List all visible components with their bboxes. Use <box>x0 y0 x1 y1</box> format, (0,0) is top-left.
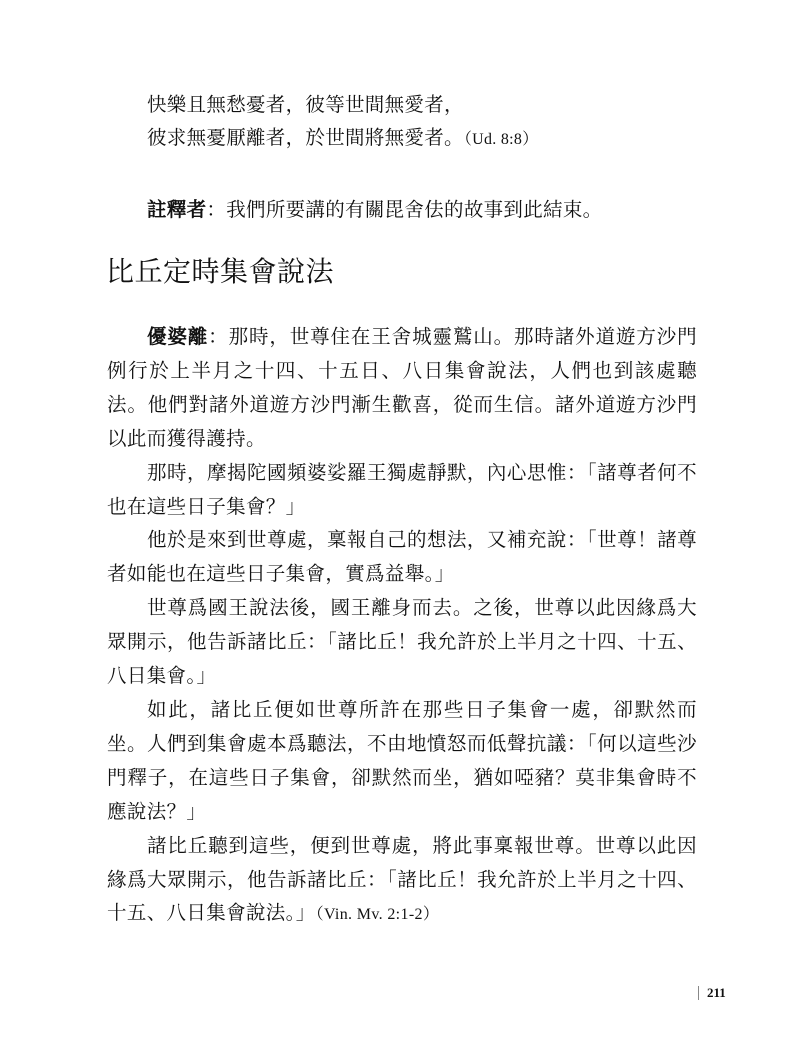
verse-reference: （Ud. 8:8） <box>464 131 539 148</box>
page-number-divider <box>698 986 699 1000</box>
note-text: 我們所要講的有關毘舍佉的故事到此結束。 <box>226 198 602 221</box>
page-footer: 211 <box>698 985 726 1001</box>
note-separator: ： <box>206 198 226 221</box>
document-page: 快樂且無愁憂者，彼等世間無愛者， 彼求無憂厭離者，於世間將無愛者。（Ud. 8:… <box>0 0 792 1056</box>
paragraph-separator: ： <box>208 325 228 348</box>
paragraph-text: 那時，摩揭陀國頻婆娑羅王獨處靜默，內心思惟：「諸尊者何不也在這些日子集會？」 <box>107 461 697 518</box>
paragraph: 如此，諸比丘便如世尊所許在那些日子集會一處，卻默然而坐。人們到集會處本爲聽法，不… <box>107 693 697 829</box>
paragraph-text: 他於是來到世尊處，稟報自己的想法，又補充說：「世尊！諸尊者如能也在這些日子集會，… <box>107 528 697 585</box>
verse-line-text: 彼求無憂厭離者，於世間將無愛者。 <box>147 126 464 149</box>
verse-block: 快樂且無愁憂者，彼等世間無愛者， 彼求無憂厭離者，於世間將無愛者。（Ud. 8:… <box>147 88 539 156</box>
verse-line-text: 快樂且無愁憂者，彼等世間無愛者， <box>147 93 464 116</box>
paragraph: 諸比丘聽到這些，便到世尊處，將此事稟報世尊。世尊以此因緣爲大眾開示，他告訴諸比丘… <box>107 829 697 933</box>
paragraph: 他於是來到世尊處，稟報自己的想法，又補充說：「世尊！諸尊者如能也在這些日子集會，… <box>107 523 697 591</box>
paragraph-text: 世尊爲國王說法後，國王離身而去。之後，世尊以此因緣爲大眾開示，他告訴諸比丘：「諸… <box>107 596 697 687</box>
section-body: 優婆離：那時，世尊住在王舍城靈鷲山。那時諸外道遊方沙門例行於上半月之十四、十五日… <box>107 320 697 932</box>
note-speaker: 註釋者 <box>147 198 206 221</box>
paragraph: 世尊爲國王說法後，國王離身而去。之後，世尊以此因緣爲大眾開示，他告訴諸比丘：「諸… <box>107 591 697 693</box>
page-number: 211 <box>707 985 726 1001</box>
paragraph-reference: （Vin. Mv. 2:1-2） <box>316 906 440 923</box>
verse-line: 快樂且無愁憂者，彼等世間無愛者， <box>147 88 539 121</box>
paragraph-speaker: 優婆離 <box>147 325 208 348</box>
paragraph: 優婆離：那時，世尊住在王舍城靈鷲山。那時諸外道遊方沙門例行於上半月之十四、十五日… <box>107 320 697 456</box>
paragraph: 那時，摩揭陀國頻婆娑羅王獨處靜默，內心思惟：「諸尊者何不也在這些日子集會？」 <box>107 456 697 524</box>
verse-line: 彼求無憂厭離者，於世間將無愛者。（Ud. 8:8） <box>147 121 539 156</box>
commentator-note: 註釋者：我們所要講的有關毘舍佉的故事到此結束。 <box>147 195 602 225</box>
section-heading: 比丘定時集會說法 <box>106 252 334 292</box>
paragraph-text: 如此，諸比丘便如世尊所許在那些日子集會一處，卻默然而坐。人們到集會處本爲聽法，不… <box>107 698 697 823</box>
